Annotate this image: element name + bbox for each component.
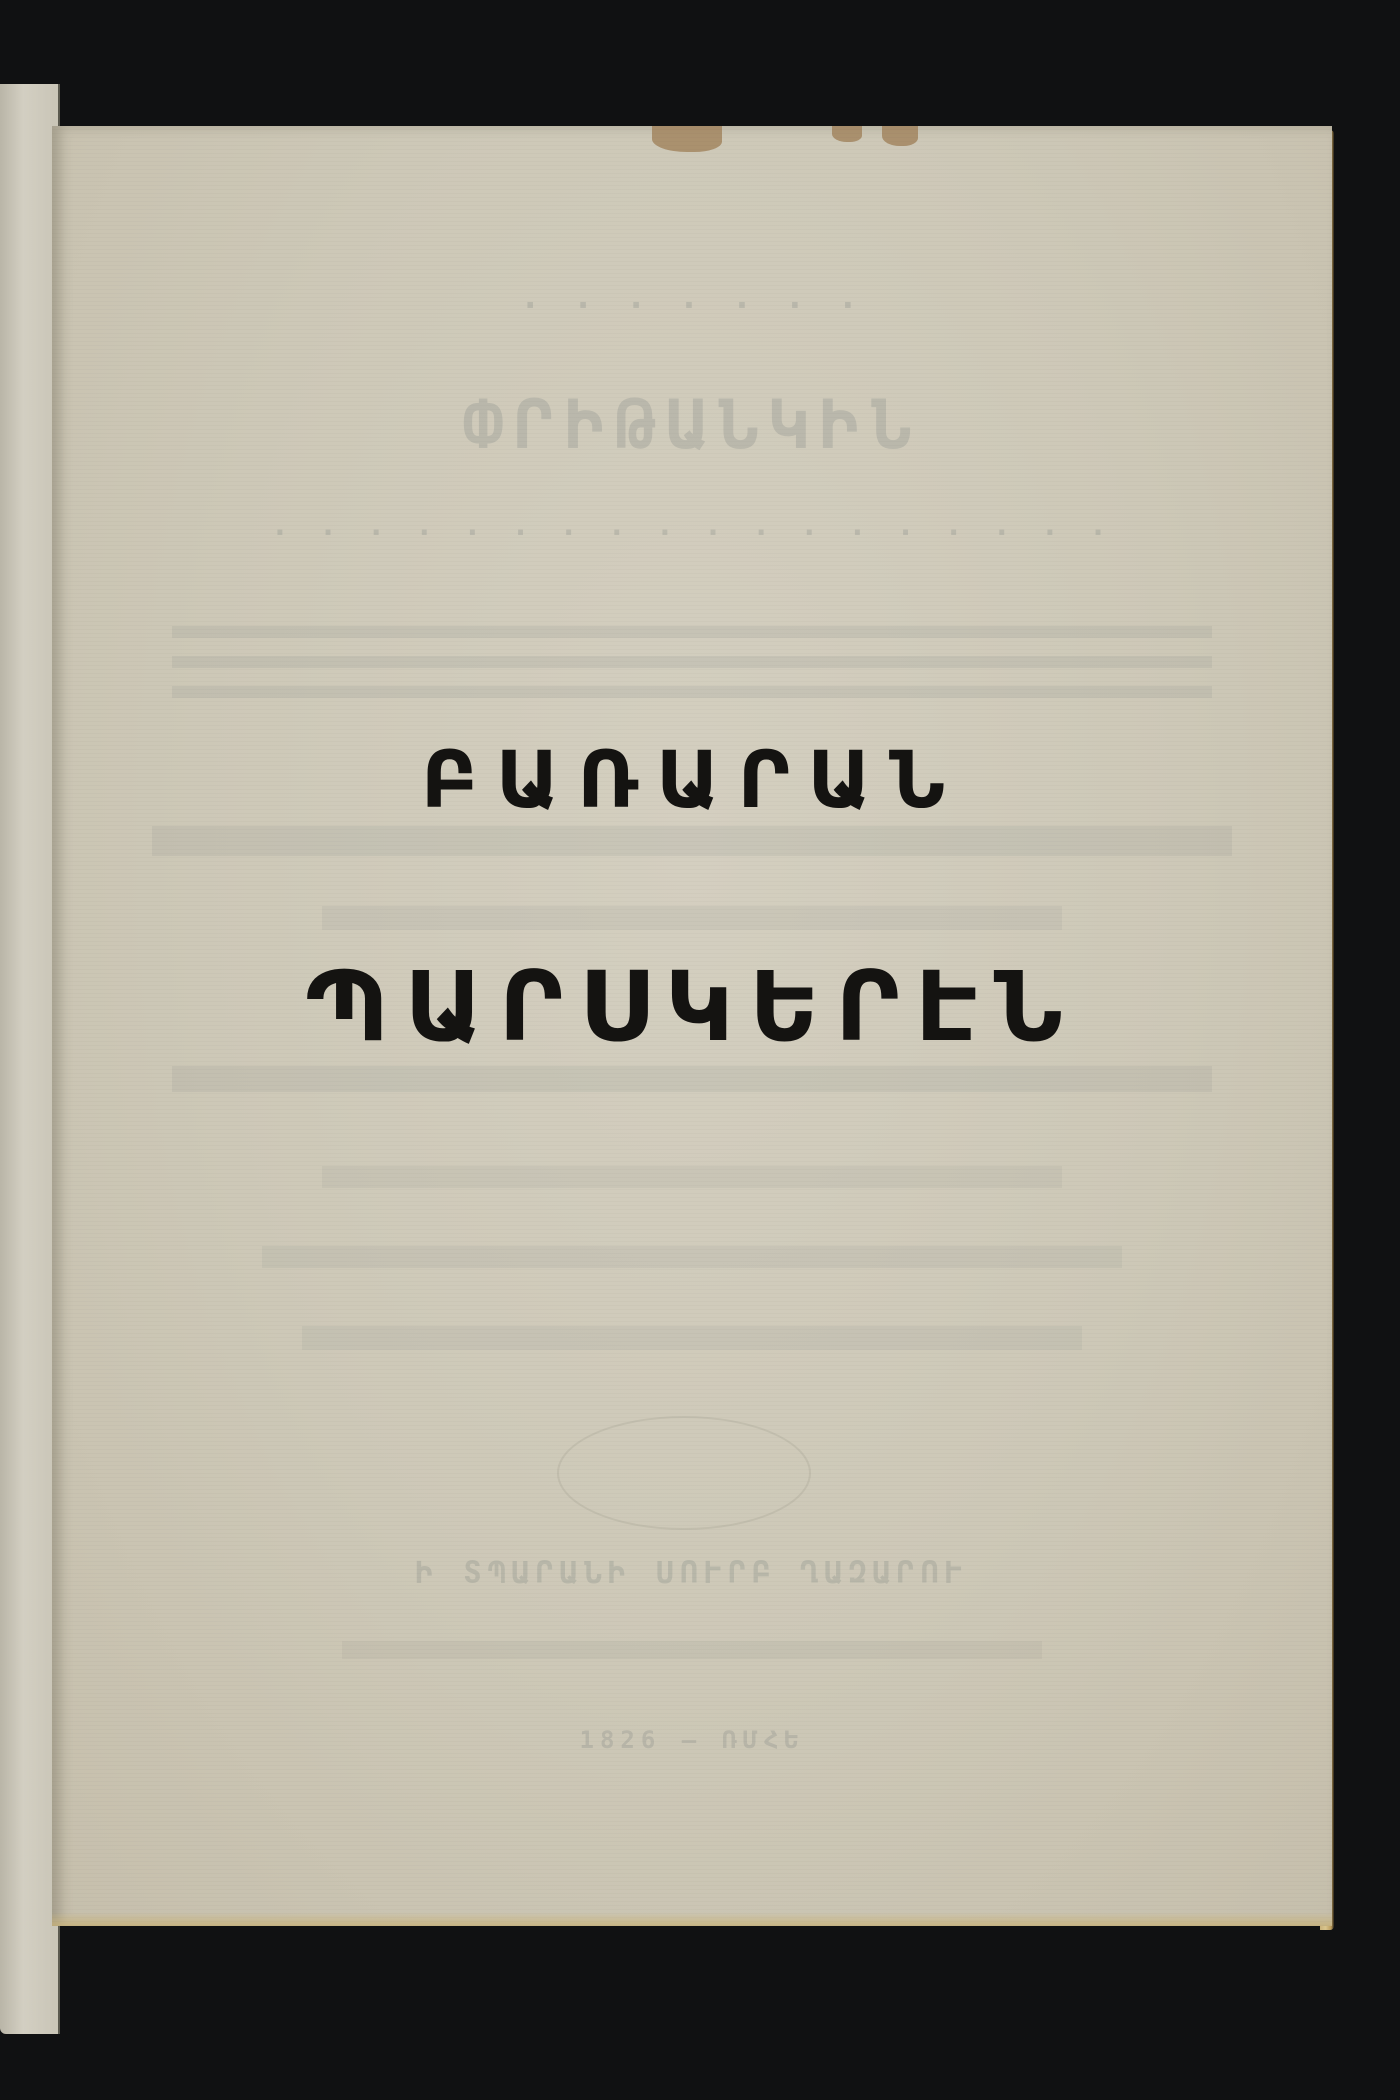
show-through-block xyxy=(342,1641,1042,1659)
title-line-2: ՊԱՐՍԿԵՐԷՆ xyxy=(52,951,1332,1063)
show-through-block xyxy=(302,1326,1082,1350)
title-line-1: ԲԱՌԱՐԱՆ xyxy=(52,736,1332,826)
show-through-line: · · · · · · · xyxy=(52,286,1332,326)
top-edge-stain xyxy=(832,126,862,142)
show-through-date: 1826 — ՌՄՀԵ xyxy=(52,1726,1332,1754)
show-through-block xyxy=(152,826,1232,856)
faint-stamp-mark xyxy=(557,1416,811,1530)
show-through-block xyxy=(322,906,1062,930)
show-through-block xyxy=(322,1166,1062,1188)
show-through-line: ՓՐԻԹԱՆԿԻՆ xyxy=(52,386,1332,465)
title-page: · · · · · · · ՓՐԻԹԱՆԿԻՆ · · · · · · · · … xyxy=(52,126,1332,1926)
left-facing-page xyxy=(0,84,60,2034)
top-edge-stain xyxy=(882,126,918,146)
show-through-block xyxy=(262,1246,1122,1268)
show-through-line: · · · · · · · · · · · · · · · · · · xyxy=(52,516,1332,551)
show-through-block xyxy=(172,626,1212,706)
show-through-imprint: Ի ՏՊԱՐԱՆԻ ՍՈՒՐԲ ՂԱԶԱՐՈՒ xyxy=(52,1556,1332,1591)
page-bottom-edge xyxy=(52,1912,1332,1926)
top-edge-stain xyxy=(652,126,722,152)
show-through-block xyxy=(172,1066,1212,1092)
